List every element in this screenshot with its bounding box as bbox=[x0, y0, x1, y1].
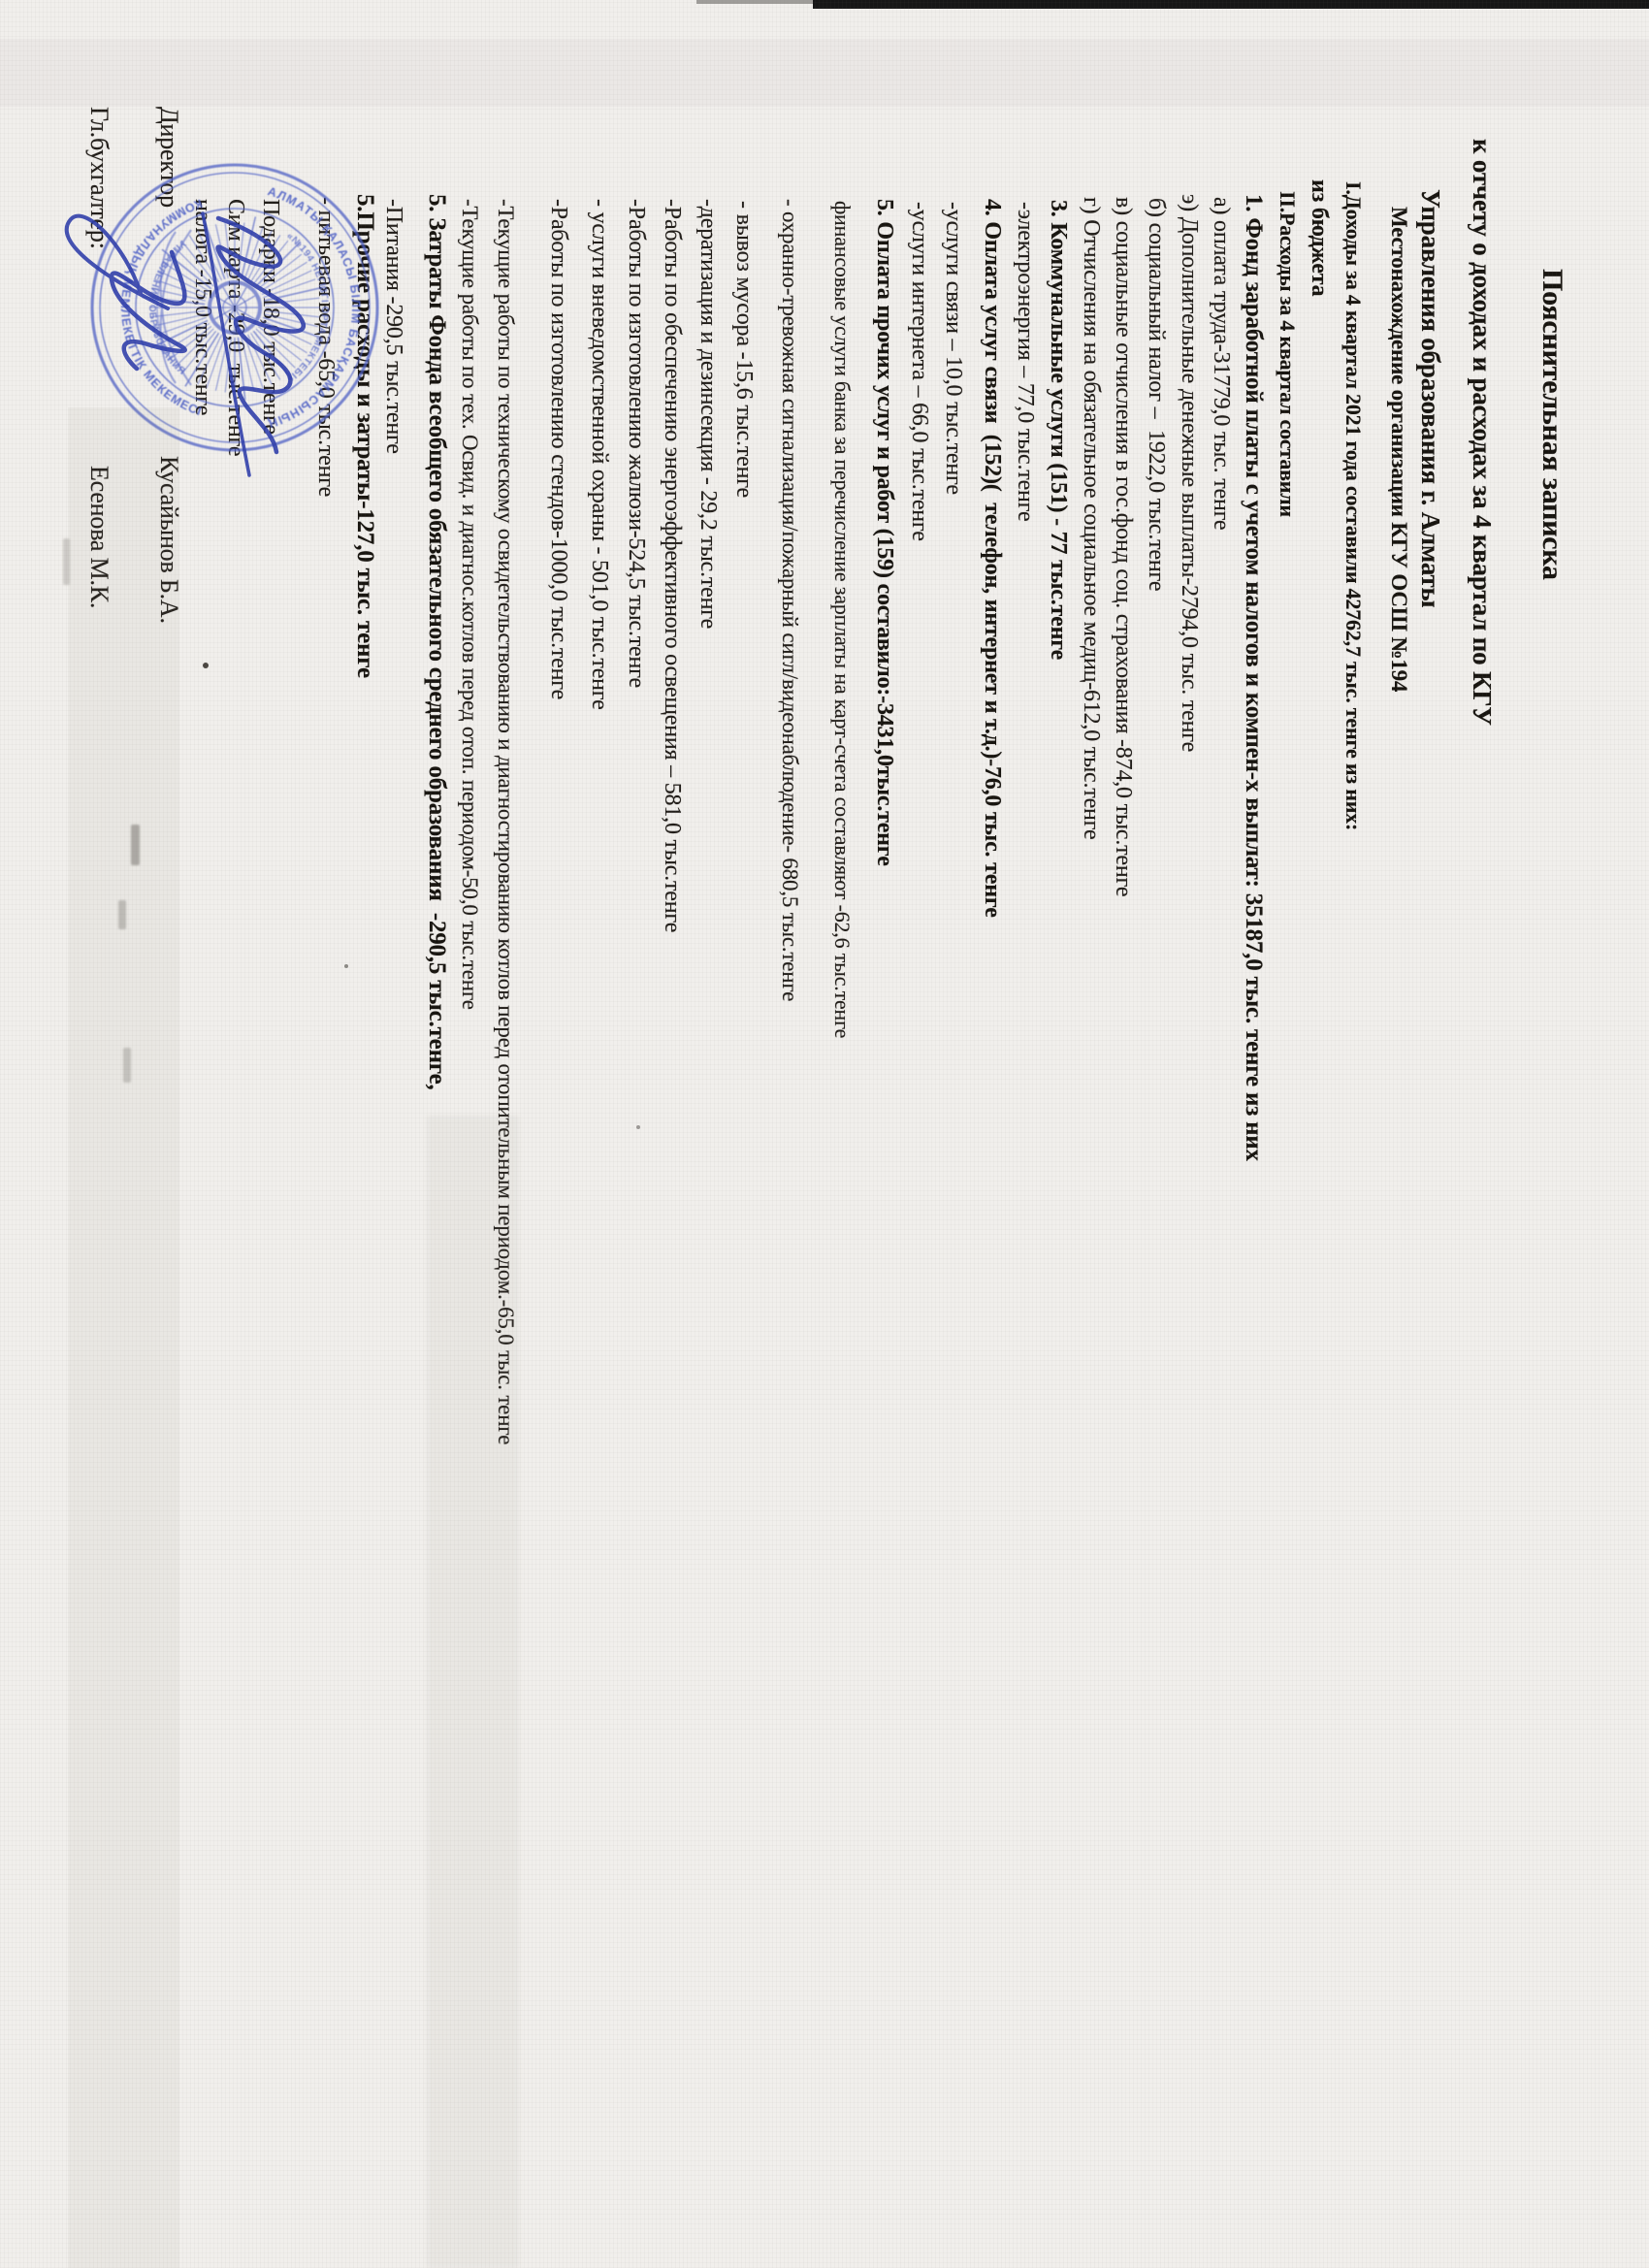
document-line-6: из бюджета bbox=[1307, 179, 1331, 296]
director-signature bbox=[218, 218, 304, 452]
document-line-15: -электроэнергия – 77,0 тыс.тенге bbox=[1013, 202, 1037, 521]
document-line-26: - услуги вневедомственной охраны - 501,0… bbox=[587, 199, 611, 710]
document-line-1: Пояснительная записка bbox=[1537, 269, 1568, 580]
document-line-3: Управления образования г. Алматы bbox=[1417, 189, 1444, 607]
scan-edge-artifact-fade bbox=[696, 0, 813, 4]
document-line-14: 3. Коммунальные услуги (151) - 77 тыс.те… bbox=[1046, 200, 1070, 660]
document-line-13: г) Отчисления на обязательное социальное… bbox=[1079, 197, 1103, 839]
scan-speck bbox=[203, 663, 209, 668]
document-line-22: - вывоз мусора -15,6 тыс.тенге bbox=[731, 201, 756, 498]
scanned-page: Пояснительная запискак отчету о доходах … bbox=[0, 0, 1649, 2268]
document-line-23: -дератизация и дезинсекция - 29,2 тыс.те… bbox=[695, 199, 720, 629]
document-line-21: - охранно-тревожная сигнализация/пожарны… bbox=[778, 199, 801, 1001]
document-line-9: а) оплата труда-31779,0 тыс. тенге bbox=[1209, 197, 1233, 530]
document-line-4: Местонахождение организации КГУ ОСШ №194 bbox=[1387, 207, 1410, 692]
accountant-signature bbox=[112, 252, 185, 369]
signatures bbox=[44, 146, 373, 534]
scan-smudge bbox=[131, 825, 140, 865]
document-canvas: Пояснительная запискак отчету о доходах … bbox=[0, 0, 1649, 2268]
document-line-25: -Работы по изготовлению жалюзи-524,5 тыс… bbox=[624, 199, 648, 688]
scan-edge-artifact bbox=[813, 0, 1649, 9]
document-line-20: финансовые услуги банка за перечисление … bbox=[831, 201, 854, 1038]
document-line-11: б) социальный налог – 1922,0 тыс.тенге bbox=[1144, 198, 1168, 591]
scan-speck bbox=[636, 1125, 640, 1129]
scan-smudge bbox=[63, 538, 70, 585]
document-line-19: 5. Оплата прочих услуг и работ (159) сос… bbox=[872, 199, 896, 866]
document-line-5: I.Доходы за 4 квартал 2021 года составил… bbox=[1342, 181, 1365, 830]
document-line-7: II.Расходы за 4 квартал составили bbox=[1277, 191, 1299, 517]
document-line-24: -Работы по обеспечению энергоэффективног… bbox=[660, 199, 684, 932]
document-line-18: -услуги интернета – 66,0 тыс.тенге bbox=[907, 202, 931, 541]
document-line-30: 5. Затраты Фонда всеобщего обязательного… bbox=[424, 194, 449, 1090]
document-line-16: 4. Оплата услуг связи (152)( телефон, ин… bbox=[980, 199, 1004, 918]
document-line-29: -Текущие работы по тех. Освид. и диагнос… bbox=[458, 199, 481, 1010]
document-line-2: к отчету о доходах и расходах за 4 кварт… bbox=[1469, 139, 1496, 726]
document-line-27: -Работы по изготовлению стендов-1000,0 т… bbox=[546, 199, 570, 699]
scan-smudge bbox=[123, 1048, 131, 1083]
document-line-10: э) Дополнительные денежные выплаты-2794,… bbox=[1177, 194, 1201, 752]
document-line-28: -Текущие работы по техническому освидете… bbox=[494, 199, 517, 1444]
document-line-31: -Питания -290,5 тыс.тенге bbox=[381, 199, 405, 454]
scan-smudge bbox=[118, 900, 126, 929]
document-line-17: -услуги связи – 10,0 тыс.тенге bbox=[941, 202, 965, 495]
document-line-12: в) социальные отчисления в гос.фонд соц.… bbox=[1111, 197, 1135, 896]
scan-speck bbox=[344, 964, 348, 968]
document-line-8: 1. Фонд заработной платы с учетом налого… bbox=[1241, 194, 1266, 1161]
